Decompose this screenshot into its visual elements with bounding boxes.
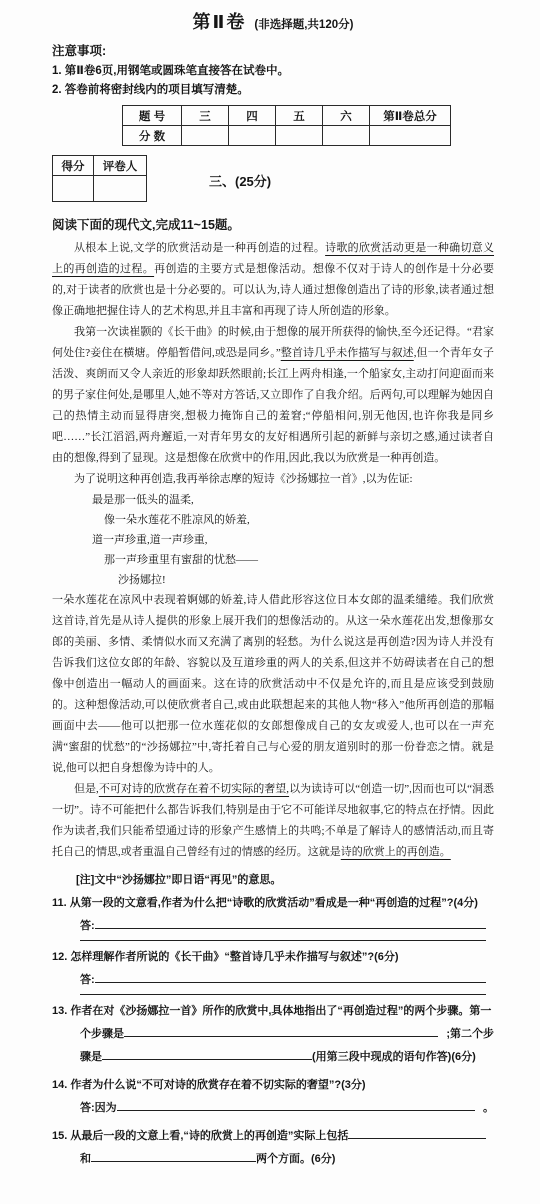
passage-text: 一朵水莲花在凉风中表现着婀娜的娇羞,诗人借此形容这位日本女郎的温柔缱绻。我们欣赏… <box>52 594 494 774</box>
score-entry-cell[interactable] <box>53 176 94 202</box>
question-text: 骤是 <box>80 1051 102 1063</box>
grader-box-header-cell: 评卷人 <box>94 156 147 176</box>
answer-blank[interactable] <box>348 1136 486 1139</box>
question-text: 个步骤是 <box>80 1023 124 1046</box>
question-text: 和 <box>80 1153 91 1165</box>
score-table-header-cell: 六 <box>323 106 370 126</box>
question-text: 13. 作者在对《沙扬娜拉一首》所作的欣赏中,具体地指出了“再创造过程”的两个步… <box>52 1005 491 1017</box>
score-table-header-row: 题 号三四五六第Ⅱ卷总分 <box>123 106 451 126</box>
grader-box: 得分评卷人 <box>52 155 147 202</box>
poem-line: 道一声珍重,道一声珍重, <box>92 530 494 550</box>
answer-blank[interactable] <box>117 1108 475 1111</box>
question-11: 11. 从第一段的文意看,作者为什么把“诗歌的欣赏活动”看成是一种“再创造的过程… <box>52 892 494 941</box>
reading-instruction: 阅读下面的现代文,完成11~15题。 <box>52 215 494 233</box>
answer-blank[interactable] <box>80 938 486 941</box>
grader-box-header-row: 得分评卷人 <box>53 156 147 176</box>
score-table-header-cell: 三 <box>182 106 229 126</box>
answer-blank[interactable] <box>80 992 486 995</box>
score-table-header-cell: 题 号 <box>123 106 182 126</box>
score-value-cell[interactable] <box>229 126 276 146</box>
question-text: ;第二个步 <box>446 1023 494 1046</box>
score-table-value-row: 分 数 <box>123 126 451 146</box>
question-15: 15. 从最后一段的文意上看,“诗的欣赏上的再创造”实际上包括和两个方面。(6分… <box>52 1125 494 1171</box>
passage-paragraph: 从根本上说,文学的欣赏活动是一种再创造的过程。诗歌的欣赏活动更是一种确切意义上的… <box>52 238 494 322</box>
underlined-text: 整首诗几乎未作描写与叙述 <box>281 347 414 359</box>
answer-blank[interactable] <box>102 1057 312 1060</box>
poem-line: 像一朵水莲花不胜凉风的娇羞, <box>104 510 494 530</box>
question-13: 13. 作者在对《沙扬娜拉一首》所作的欣赏中,具体地指出了“再创造过程”的两个步… <box>52 1000 494 1069</box>
notice-item-1: 1. 第Ⅱ卷6页,用钢笔或圆珠笔直接答在试卷中。 <box>52 62 494 78</box>
question-text: 两个方面。(6分) <box>256 1153 335 1165</box>
score-table-header-cell: 第Ⅱ卷总分 <box>370 106 451 126</box>
passage-text: 但是, <box>74 783 99 795</box>
exam-page: 第Ⅱ卷 (非选择题,共120分) 注意事项: 1. 第Ⅱ卷6页,用钢笔或圆珠笔直… <box>0 0 540 1204</box>
section-heading: 三、(25分) <box>209 171 271 190</box>
page-title: 第Ⅱ卷 (非选择题,共120分) <box>52 8 494 34</box>
grader-box-empty-row <box>53 176 147 202</box>
reading-passage: 从根本上说,文学的欣赏活动是一种再创造的过程。诗歌的欣赏活动更是一种确切意义上的… <box>52 238 494 863</box>
question-text: 答: <box>80 969 95 992</box>
score-value-cell[interactable] <box>276 126 323 146</box>
passage-paragraph: 一朵水莲花在凉风中表现着婀娜的娇羞,诗人借此形容这位日本女郎的温柔缱绻。我们欣赏… <box>52 590 494 779</box>
answer-blank[interactable] <box>95 926 486 929</box>
question-text: 。 <box>483 1097 494 1120</box>
question-text: 答:因为 <box>80 1097 117 1120</box>
score-table-header-cell: 四 <box>229 106 276 126</box>
passage-paragraph: 但是,不可对诗的欣赏存在着不切实际的奢望,以为读诗可以“创造一切”,因而也可以“… <box>52 779 494 863</box>
notice-item-2: 2. 答卷前将密封线内的项目填写清楚。 <box>52 81 494 97</box>
passage-footnote: [注]文中“沙扬娜拉”即日语“再见”的意思。 <box>76 871 494 887</box>
answer-blank[interactable] <box>124 1034 438 1037</box>
passage-text: ,但一个青年女子活泼、爽朗而又令人亲近的形象却跃然眼前;长江上两舟相逢,一个船家… <box>52 347 494 464</box>
question-text: 12. 怎样理解作者所说的《长干曲》“整首诗几乎未作描写与叙述”?(6分) <box>52 951 399 963</box>
question-14: 14. 作者为什么说“不可对诗的欣赏存在着不切实际的奢望”?(3分)答:因为。 <box>52 1074 494 1120</box>
score-value-cell[interactable] <box>182 126 229 146</box>
question-text: 15. 从最后一段的文意上看,“诗的欣赏上的再创造”实际上包括 <box>52 1125 348 1148</box>
exam-part-title: 第Ⅱ卷 <box>193 12 247 32</box>
score-table: 题 号三四五六第Ⅱ卷总分 分 数 <box>122 105 451 146</box>
score-value-cell[interactable] <box>370 126 451 146</box>
passage-text: 从根本上说,文学的欣赏活动是一种再创造的过程。 <box>74 242 325 254</box>
passage-paragraph: 我第一次读崔颢的《长干曲》的时候,由于想像的展开所获得的愉快,至今还记得。“君家… <box>52 322 494 469</box>
underlined-text: 不可对诗的欣赏存在着不切实际的奢望, <box>99 783 289 795</box>
answer-blank[interactable] <box>95 980 486 983</box>
exam-part-subtitle: (非选择题,共120分) <box>254 19 353 31</box>
notice-heading: 注意事项: <box>52 41 494 59</box>
grader-entry-cell[interactable] <box>94 176 147 202</box>
notice-block: 注意事项: 1. 第Ⅱ卷6页,用钢笔或圆珠笔直接答在试卷中。 2. 答卷前将密封… <box>52 41 494 97</box>
question-text: 14. 作者为什么说“不可对诗的欣赏存在着不切实际的奢望”?(3分) <box>52 1079 366 1091</box>
score-table-header-cell: 五 <box>276 106 323 126</box>
score-value-cell[interactable] <box>323 126 370 146</box>
question-text: 答: <box>80 915 95 938</box>
question-list: 11. 从第一段的文意看,作者为什么把“诗歌的欣赏活动”看成是一种“再创造的过程… <box>52 892 494 1171</box>
poem-line: 那一声珍重里有蜜甜的忧愁—— <box>104 550 494 570</box>
underlined-text: 诗的欣赏上的再创造。 <box>341 846 451 858</box>
poem-line: 最是那一低头的温柔, <box>92 490 494 510</box>
question-text: (用第三段中现成的语句作答)(6分) <box>312 1051 476 1063</box>
answer-blank[interactable] <box>91 1159 256 1162</box>
poem-line: 沙扬娜拉! <box>118 570 494 590</box>
grader-box-header-cell: 得分 <box>53 156 94 176</box>
grader-section: 得分评卷人 三、(25分) <box>52 155 494 202</box>
question-12: 12. 怎样理解作者所说的《长干曲》“整首诗几乎未作描写与叙述”?(6分)答: <box>52 946 494 995</box>
passage-text: 为了说明这种再创造,我再举徐志摩的短诗《沙扬娜拉一首》,以为佐证: <box>74 473 413 485</box>
question-text: 11. 从第一段的文意看,作者为什么把“诗歌的欣赏活动”看成是一种“再创造的过程… <box>52 897 478 909</box>
passage-paragraph: 为了说明这种再创造,我再举徐志摩的短诗《沙扬娜拉一首》,以为佐证: <box>52 469 494 490</box>
score-row-label: 分 数 <box>123 126 182 146</box>
